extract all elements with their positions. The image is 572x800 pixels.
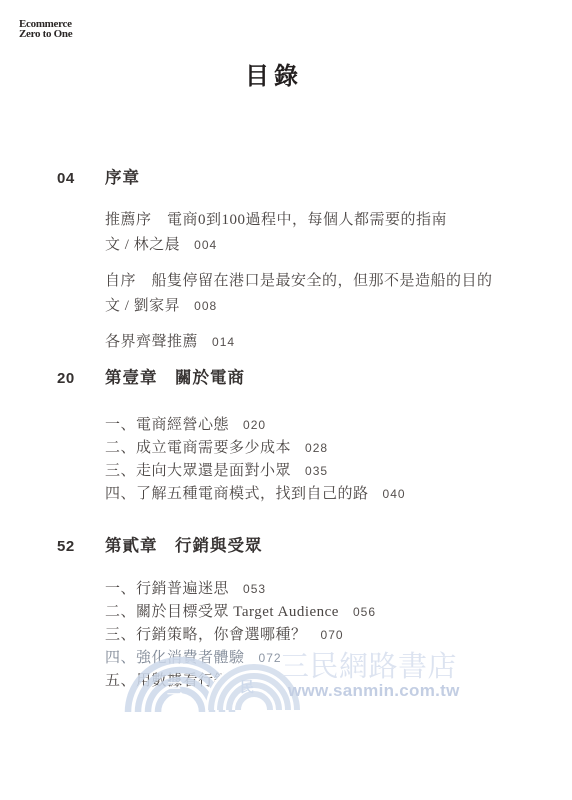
toc-entry: 三、行銷策略，你會選哪種？070 — [105, 624, 537, 647]
section-title: 第壹章 關於電商 — [105, 369, 245, 388]
toc-entry: 一、電商經營心態020 — [105, 414, 537, 437]
section-entries: 一、電商經營心態020 二、成立電商需要多少成本028 三、走向大眾還是面對小眾… — [105, 388, 537, 506]
entry-text: 四、強化消費者體驗 — [105, 650, 245, 666]
entry-page-number: 014 — [212, 335, 235, 349]
toc-section-preface: 04 序章 推薦序 電商0到100過程中，每個人都需要的指南 文 / 林之晨00… — [57, 169, 537, 351]
entry-text: 五、用數據看行銷 — [105, 673, 229, 689]
toc-section-chapter2: 52 第貳章 行銷與受眾 一、行銷普遍迷思053 二、關於目標受眾 Target… — [57, 537, 537, 693]
toc-entry: 四、強化消費者體驗072 — [105, 647, 537, 670]
section-title: 序章 — [105, 169, 140, 188]
entry-text: 三、行銷策略，你會選哪種？ — [105, 627, 307, 643]
book-toc-page: Ecommerce Zero to One 目錄 04 序章 推薦序 電商0到1… — [0, 0, 572, 800]
toc-entry: 二、關於目標受眾 Target Audience056 — [105, 601, 537, 624]
toc-entry: 各界齊聲推薦014 — [105, 334, 537, 351]
entry-text: 文 / 劉家昇 — [105, 298, 180, 314]
entry-page-number: 040 — [383, 487, 406, 501]
toc-entry: 五、用數據看行銷080 — [105, 670, 537, 693]
toc-entry: 二、成立電商需要多少成本028 — [105, 437, 537, 460]
entry-text: 自序 船隻停留在港口是最安全的，但那不是造船的目的 — [105, 273, 493, 289]
entry-page-number: 072 — [259, 651, 282, 665]
entry-text: 二、成立電商需要多少成本 — [105, 440, 291, 456]
entry-page-number: 020 — [243, 418, 266, 432]
entry-page-number: 004 — [194, 238, 217, 252]
page-title: 目錄 — [0, 56, 548, 91]
toc-entry: 推薦序 電商0到100過程中，每個人都需要的指南 — [105, 212, 537, 229]
entry-text: 二、關於目標受眾 Target Audience — [105, 604, 339, 620]
entry-text: 文 / 林之晨 — [105, 237, 180, 253]
table-of-contents: 04 序章 推薦序 電商0到100過程中，每個人都需要的指南 文 / 林之晨00… — [57, 169, 537, 693]
toc-entry: 自序 船隻停留在港口是最安全的，但那不是造船的目的 — [105, 273, 537, 290]
toc-entry: 文 / 劉家昇008 — [105, 298, 537, 315]
book-series-imprint: Ecommerce Zero to One — [19, 20, 72, 39]
section-heading: 04 序章 — [57, 169, 537, 188]
section-page-number: 04 — [57, 169, 105, 188]
toc-entry: 一、行銷普遍迷思053 — [105, 578, 537, 601]
section-title: 第貳章 行銷與受眾 — [105, 537, 263, 556]
section-page-number: 52 — [57, 537, 105, 556]
toc-entry: 文 / 林之晨004 — [105, 237, 537, 254]
entry-page-number: 056 — [353, 605, 376, 619]
entry-text: 三、走向大眾還是面對小眾 — [105, 463, 291, 479]
entry-page-number: 080 — [243, 674, 266, 688]
entry-text: 推薦序 電商0到100過程中，每個人都需要的指南 — [105, 212, 447, 228]
entry-page-number: 053 — [243, 582, 266, 596]
toc-entry: 三、走向大眾還是面對小眾035 — [105, 460, 537, 483]
toc-entry: 四、了解五種電商模式，找到自己的路040 — [105, 483, 537, 506]
entry-page-number: 028 — [305, 441, 328, 455]
section-page-number: 20 — [57, 369, 105, 388]
toc-section-chapter1: 20 第壹章 關於電商 一、電商經營心態020 二、成立電商需要多少成本028 … — [57, 369, 537, 506]
section-heading: 20 第壹章 關於電商 — [57, 369, 537, 388]
entry-text: 四、了解五種電商模式，找到自己的路 — [105, 486, 369, 502]
imprint-line2: Zero to One — [19, 30, 72, 40]
section-heading: 52 第貳章 行銷與受眾 — [57, 537, 537, 556]
entry-page-number: 008 — [194, 299, 217, 313]
entry-text: 各界齊聲推薦 — [105, 334, 198, 350]
entry-page-number: 070 — [321, 628, 344, 642]
entry-page-number: 035 — [305, 464, 328, 478]
section-entries: 一、行銷普遍迷思053 二、關於目標受眾 Target Audience056 … — [105, 556, 537, 693]
entry-text: 一、電商經營心態 — [105, 417, 229, 433]
section-entries: 推薦序 電商0到100過程中，每個人都需要的指南 文 / 林之晨004 自序 船… — [105, 188, 537, 351]
entry-text: 一、行銷普遍迷思 — [105, 581, 229, 597]
